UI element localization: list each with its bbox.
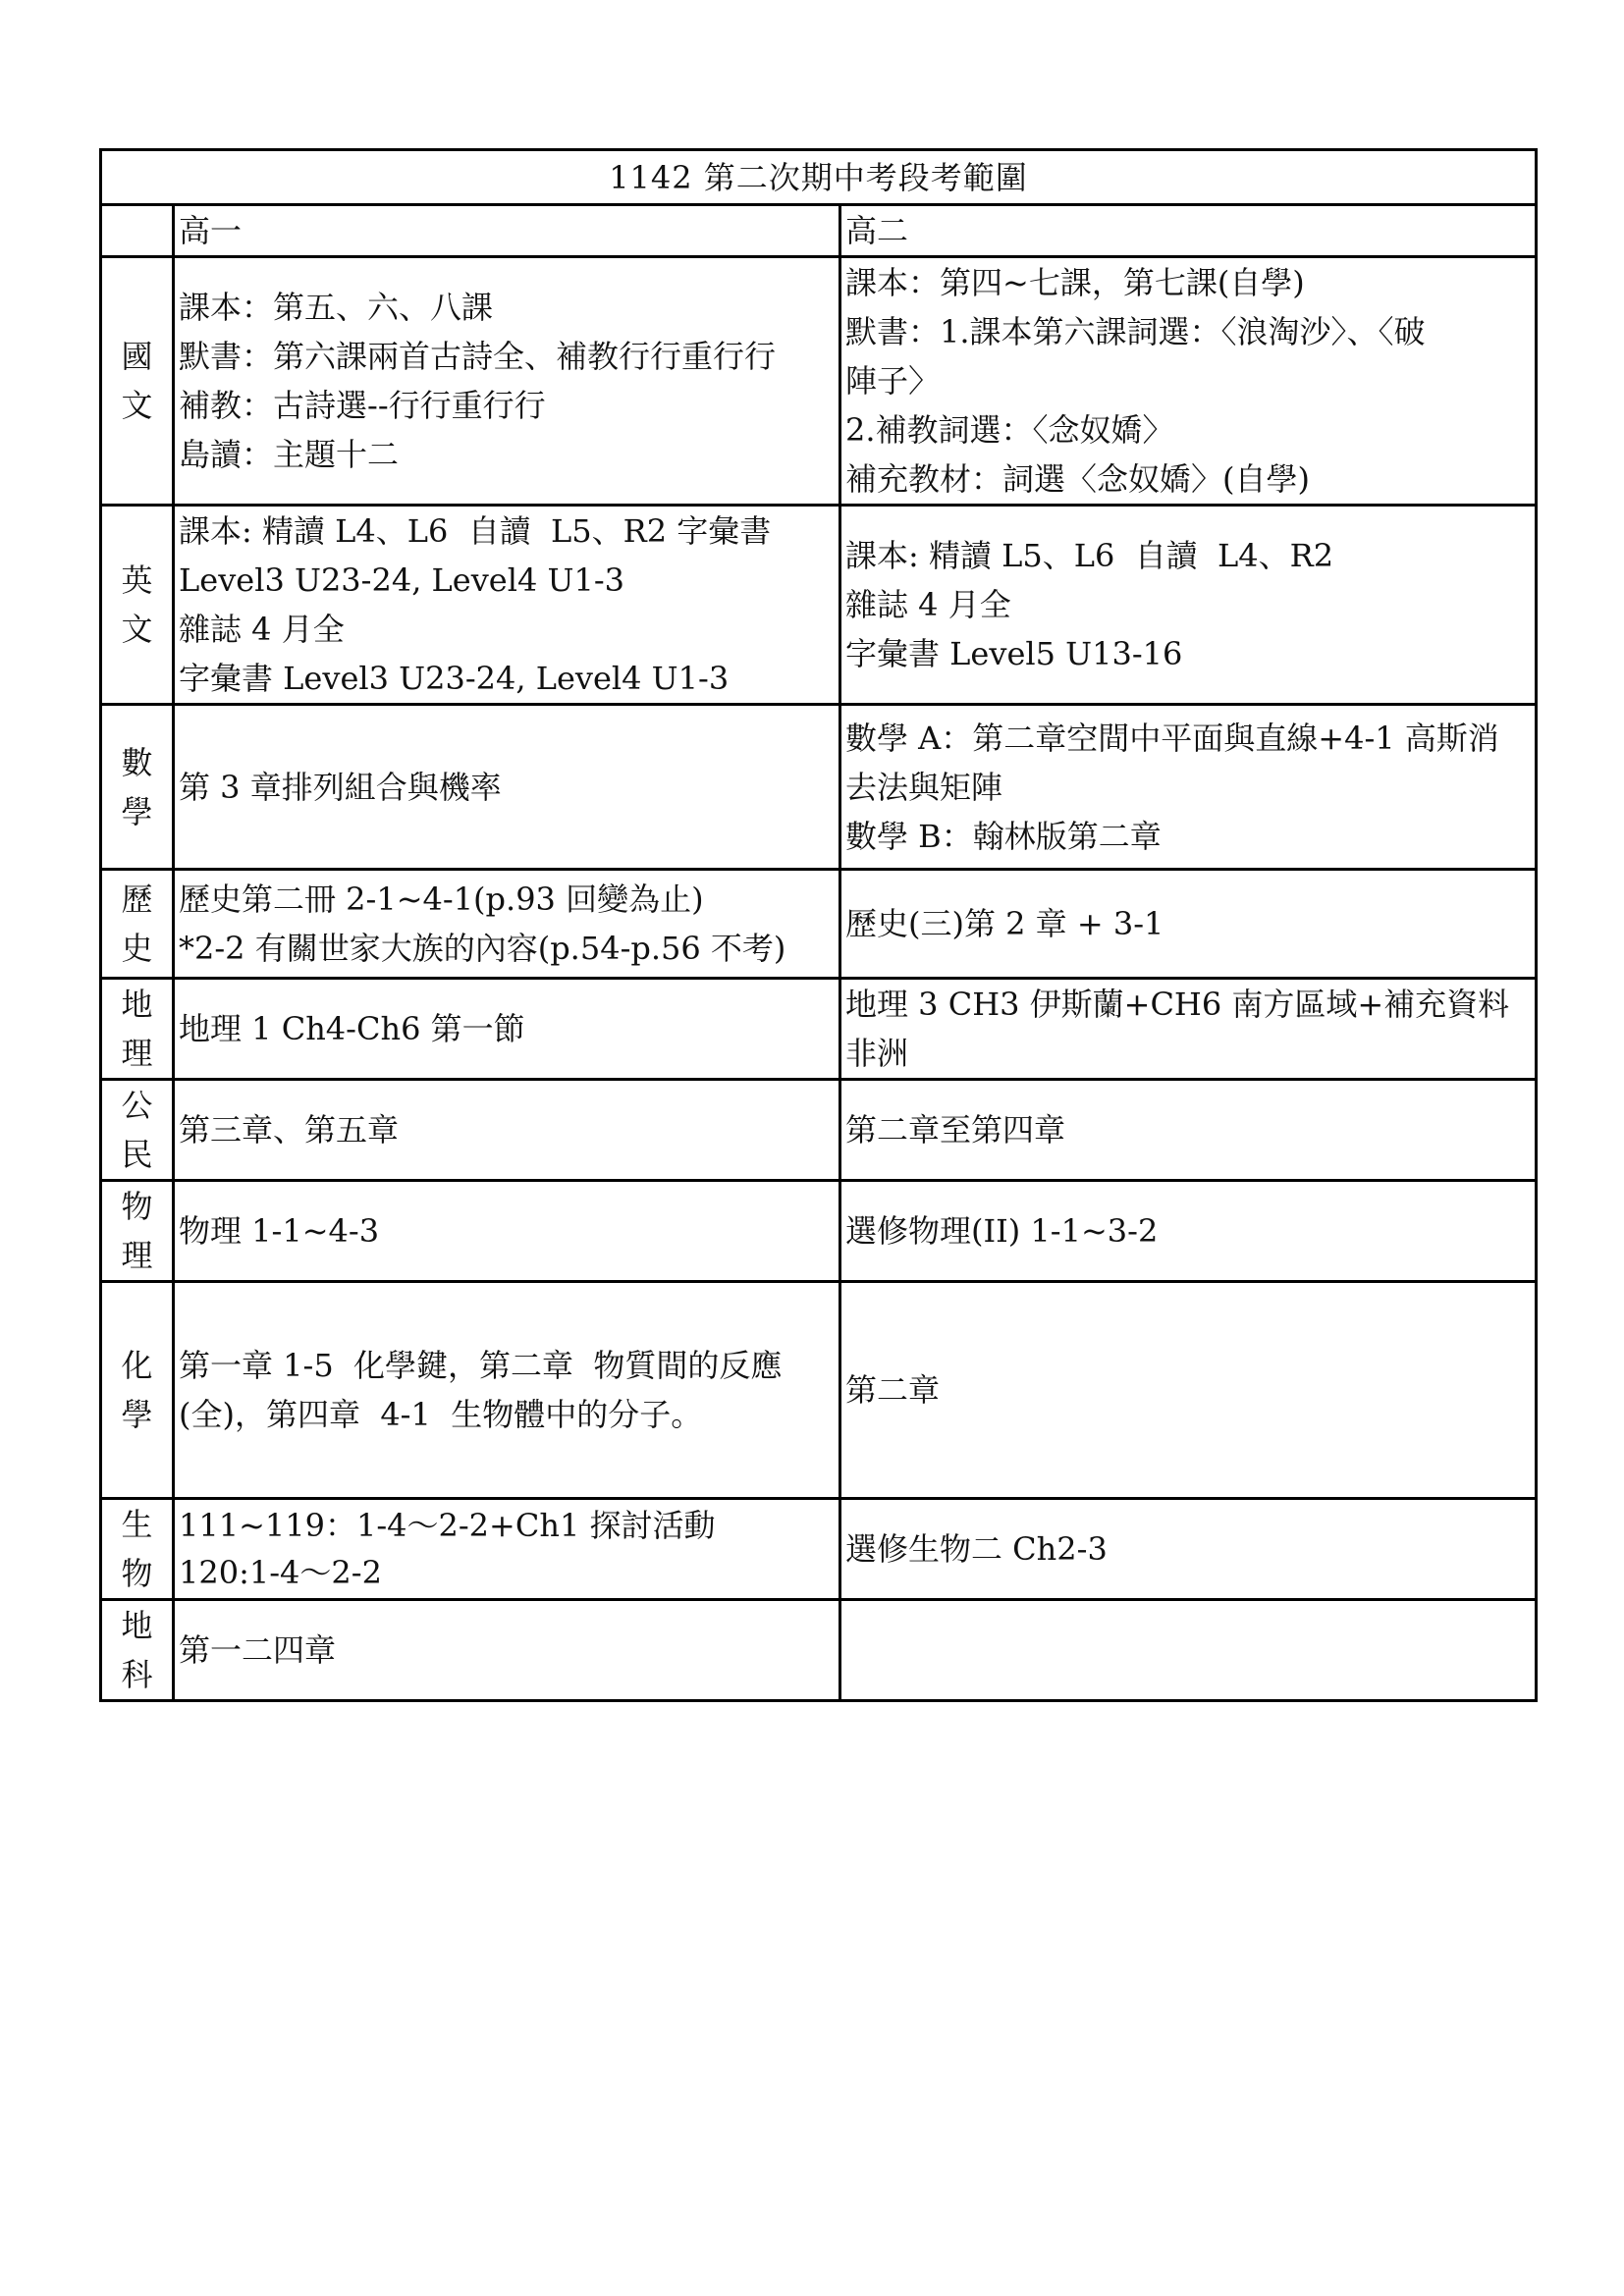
cell-line: 120:1-4～2-2 bbox=[179, 1549, 835, 1596]
cell-line: 默書：第六課兩首古詩全、補教行行重行行 bbox=[179, 332, 835, 381]
cell-line: 第一章 1-5 化學鍵，第二章 物質間的反應 bbox=[179, 1341, 835, 1390]
subject-label: 國文 bbox=[101, 257, 174, 506]
table-row-earth-science: 地科 第一二四章 bbox=[101, 1600, 1537, 1701]
grade10-cell: 課本：第五、六、八課 默書：第六課兩首古詩全、補教行行重行行 補教：古詩選--行… bbox=[174, 257, 840, 506]
cell-line: 補教：古詩選--行行重行行 bbox=[179, 381, 835, 430]
header-grade10: 高一 bbox=[174, 205, 840, 257]
cell-line: 第 3 章排列組合與機率 bbox=[179, 763, 835, 812]
subject-label: 英文 bbox=[101, 506, 174, 705]
cell-line: 第一二四章 bbox=[179, 1626, 835, 1675]
cell-line: 雜誌 4 月全 bbox=[179, 605, 835, 654]
header-grade11: 高二 bbox=[840, 205, 1537, 257]
subject-label: 公民 bbox=[101, 1080, 174, 1181]
cell-line: (全)，第四章 4-1 生物體中的分子。 bbox=[179, 1390, 835, 1439]
cell-line: 課本: 精讀 L5、L6 自讀 L4、R2 bbox=[845, 531, 1531, 580]
document-page: 1142 第二次期中考段考範圍 高一 高二 國文 課本：第五、六、八課 默書：第… bbox=[0, 0, 1624, 2296]
cell-line: 地理 3 CH3 伊斯蘭+CH6 南方區域+補充資料非洲 bbox=[845, 980, 1531, 1078]
subject-label: 物理 bbox=[101, 1181, 174, 1282]
table-row-biology: 生物 111~119：1-4～2-2+Ch1 探討活動 120:1-4～2-2 … bbox=[101, 1499, 1537, 1600]
grade10-cell: 第一二四章 bbox=[174, 1600, 840, 1701]
header-row: 高一 高二 bbox=[101, 205, 1537, 257]
table-row-geography: 地理 地理 1 Ch4-Ch6 第一節 地理 3 CH3 伊斯蘭+CH6 南方區… bbox=[101, 979, 1537, 1080]
grade10-cell: 地理 1 Ch4-Ch6 第一節 bbox=[174, 979, 840, 1080]
grade11-cell: 歷史(三)第 2 章 + 3-1 bbox=[840, 870, 1537, 979]
grade11-cell: 選修物理(II) 1-1~3-2 bbox=[840, 1181, 1537, 1282]
subject-label: 地科 bbox=[101, 1600, 174, 1701]
table-row-physics: 物理 物理 1-1~4-3 選修物理(II) 1-1~3-2 bbox=[101, 1181, 1537, 1282]
grade10-cell: 111~119：1-4～2-2+Ch1 探討活動 120:1-4～2-2 bbox=[174, 1499, 840, 1600]
cell-line: 選修物理(II) 1-1~3-2 bbox=[845, 1206, 1531, 1255]
grade11-cell: 課本：第四~七課，第七課(自學) 默書：1.課本第六課詞選：〈浪淘沙〉、〈破 陣… bbox=[840, 257, 1537, 506]
cell-line: 111~119：1-4～2-2+Ch1 探討活動 bbox=[179, 1502, 835, 1549]
table-row-history: 歷史 歷史第二冊 2-1~4-1(p.93 回變為止) *2-2 有關世家大族的… bbox=[101, 870, 1537, 979]
table-row-math: 數學 第 3 章排列組合與機率 數學 A：第二章空間中平面與直線+4-1 高斯消… bbox=[101, 705, 1537, 870]
grade11-cell: 地理 3 CH3 伊斯蘭+CH6 南方區域+補充資料非洲 bbox=[840, 979, 1537, 1080]
cell-line: 第二章 bbox=[845, 1365, 1531, 1415]
grade11-cell: 數學 A：第二章空間中平面與直線+4-1 高斯消 去法與矩陣 數學 B：翰林版第… bbox=[840, 705, 1537, 870]
cell-line: 物理 1-1~4-3 bbox=[179, 1206, 835, 1255]
table-title: 1142 第二次期中考段考範圍 bbox=[101, 150, 1537, 205]
table-row-civics: 公民 第三章、第五章 第二章至第四章 bbox=[101, 1080, 1537, 1181]
grade11-cell-empty bbox=[840, 1600, 1537, 1701]
cell-line: 雜誌 4 月全 bbox=[845, 580, 1531, 629]
cell-line: 選修生物二 Ch2-3 bbox=[845, 1525, 1531, 1573]
grade11-cell: 第二章 bbox=[840, 1282, 1537, 1499]
table-row-english: 英文 課本: 精讀 L4、L6 自讀 L5、R2 字彙書 Level3 U23-… bbox=[101, 506, 1537, 705]
exam-scope-table: 1142 第二次期中考段考範圍 高一 高二 國文 課本：第五、六、八課 默書：第… bbox=[99, 148, 1538, 1702]
table-row-chemistry: 化學 第一章 1-5 化學鍵，第二章 物質間的反應 (全)，第四章 4-1 生物… bbox=[101, 1282, 1537, 1499]
grade10-cell: 第三章、第五章 bbox=[174, 1080, 840, 1181]
grade10-cell: 第一章 1-5 化學鍵，第二章 物質間的反應 (全)，第四章 4-1 生物體中的… bbox=[174, 1282, 840, 1499]
cell-line: 島讀：主題十二 bbox=[179, 430, 835, 479]
grade10-cell: 課本: 精讀 L4、L6 自讀 L5、R2 字彙書 Level3 U23-24,… bbox=[174, 506, 840, 705]
cell-line: 數學 A：第二章空間中平面與直線+4-1 高斯消 bbox=[845, 714, 1531, 763]
subject-label: 化學 bbox=[101, 1282, 174, 1499]
cell-line: 補充教材：詞選〈念奴嬌〉(自學) bbox=[845, 454, 1531, 504]
grade11-cell: 第二章至第四章 bbox=[840, 1080, 1537, 1181]
grade10-cell: 第 3 章排列組合與機率 bbox=[174, 705, 840, 870]
cell-line: 字彙書 Level3 U23-24, Level4 U1-3 bbox=[179, 654, 835, 703]
subject-label: 歷史 bbox=[101, 870, 174, 979]
cell-line: 地理 1 Ch4-Ch6 第一節 bbox=[179, 1004, 835, 1053]
subject-label: 數學 bbox=[101, 705, 174, 870]
cell-line: 第二章至第四章 bbox=[845, 1105, 1531, 1154]
subject-label: 生物 bbox=[101, 1499, 174, 1600]
cell-line: 第三章、第五章 bbox=[179, 1105, 835, 1154]
subject-label: 地理 bbox=[101, 979, 174, 1080]
cell-line: 課本：第五、六、八課 bbox=[179, 283, 835, 332]
cell-line: 字彙書 Level5 U13-16 bbox=[845, 629, 1531, 678]
grade10-cell: 歷史第二冊 2-1~4-1(p.93 回變為止) *2-2 有關世家大族的內容(… bbox=[174, 870, 840, 979]
cell-line: 2.補教詞選：〈念奴嬌〉 bbox=[845, 405, 1531, 454]
cell-line: 課本：第四~七課，第七課(自學) bbox=[845, 258, 1531, 307]
cell-line: Level3 U23-24, Level4 U1-3 bbox=[179, 556, 835, 605]
cell-line: 歷史(三)第 2 章 + 3-1 bbox=[845, 899, 1531, 948]
table-title-row: 1142 第二次期中考段考範圍 bbox=[101, 150, 1537, 205]
cell-line: 數學 B：翰林版第二章 bbox=[845, 812, 1531, 861]
cell-line: 課本: 精讀 L4、L6 自讀 L5、R2 字彙書 bbox=[179, 507, 835, 556]
cell-line: 去法與矩陣 bbox=[845, 763, 1531, 812]
grade11-cell: 課本: 精讀 L5、L6 自讀 L4、R2 雜誌 4 月全 字彙書 Level5… bbox=[840, 506, 1537, 705]
cell-line: *2-2 有關世家大族的內容(p.54-p.56 不考) bbox=[179, 924, 835, 973]
header-subject-cell bbox=[101, 205, 174, 257]
cell-line: 歷史第二冊 2-1~4-1(p.93 回變為止) bbox=[179, 875, 835, 924]
grade10-cell: 物理 1-1~4-3 bbox=[174, 1181, 840, 1282]
cell-line: 陣子〉 bbox=[845, 356, 1531, 405]
table-row-chinese: 國文 課本：第五、六、八課 默書：第六課兩首古詩全、補教行行重行行 補教：古詩選… bbox=[101, 257, 1537, 506]
grade11-cell: 選修生物二 Ch2-3 bbox=[840, 1499, 1537, 1600]
cell-line: 默書：1.課本第六課詞選：〈浪淘沙〉、〈破 bbox=[845, 307, 1531, 356]
